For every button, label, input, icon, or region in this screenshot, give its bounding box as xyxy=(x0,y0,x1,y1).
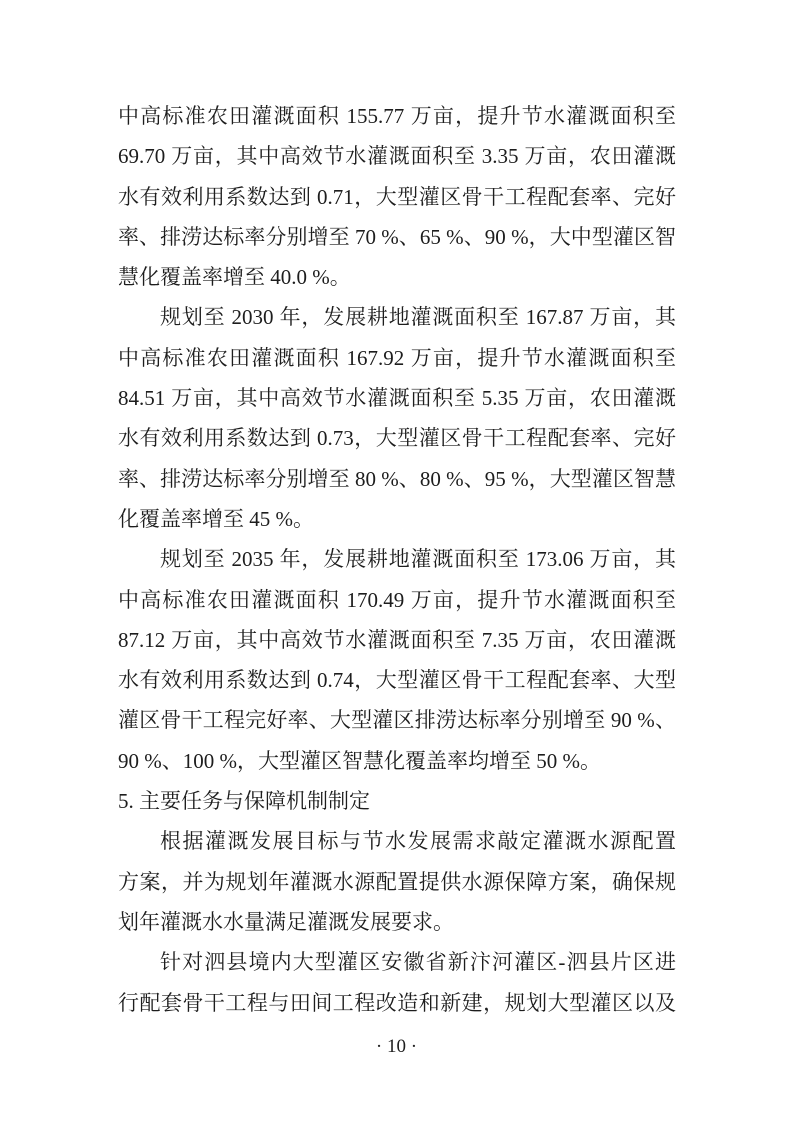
document-page: 中高标准农田灌溉面积 155.77 万亩，提升节水灌溉面积至 69.70 万亩，… xyxy=(0,0,793,1122)
text-line: 69.70 万亩，其中高效节水灌溉面积至 3.35 万亩，农田灌溉 xyxy=(118,136,676,176)
text-line: 水有效利用系数达到 0.74，大型灌区骨干工程配套率、大型 xyxy=(118,660,676,700)
text-line: 行配套骨干工程与田间工程改造和新建，规划大型灌区以及 xyxy=(118,983,676,1023)
text-line: 针对泗县境内大型灌区安徽省新汴河灌区-泗县片区进 xyxy=(118,942,676,982)
text-line: 化覆盖率增至 45 %。 xyxy=(118,499,676,539)
page-number: · 10 · xyxy=(0,1034,793,1060)
text-line: 方案，并为规划年灌溉水源配置提供水源保障方案，确保规 xyxy=(118,862,676,902)
page-body: 中高标准农田灌溉面积 155.77 万亩，提升节水灌溉面积至 69.70 万亩，… xyxy=(118,96,676,1023)
text-line: 率、排涝达标率分别增至 80 %、80 %、95 %，大型灌区智慧 xyxy=(118,459,676,499)
text-line: 灌区骨干工程完好率、大型灌区排涝达标率分别增至 90 %、 xyxy=(118,700,676,740)
text-line: 水有效利用系数达到 0.73，大型灌区骨干工程配套率、完好 xyxy=(118,418,676,458)
text-line: 根据灌溉发展目标与节水发展需求敲定灌溉水源配置 xyxy=(118,821,676,861)
text-line: 中高标准农田灌溉面积 167.92 万亩，提升节水灌溉面积至 xyxy=(118,338,676,378)
text-line: 率、排涝达标率分别增至 70 %、65 %、90 %，大中型灌区智 xyxy=(118,217,676,257)
text-line: 水有效利用系数达到 0.71，大型灌区骨干工程配套率、完好 xyxy=(118,177,676,217)
text-line: 中高标准农田灌溉面积 170.49 万亩，提升节水灌溉面积至 xyxy=(118,580,676,620)
text-line: 划年灌溉水水量满足灌溉发展要求。 xyxy=(118,902,676,942)
text-line: 慧化覆盖率增至 40.0 %。 xyxy=(118,257,676,297)
text-line: 84.51 万亩，其中高效节水灌溉面积至 5.35 万亩，农田灌溉 xyxy=(118,378,676,418)
text-line: 90 %、100 %，大型灌区智慧化覆盖率均增至 50 %。 xyxy=(118,741,676,781)
text-line: 规划至 2030 年，发展耕地灌溉面积至 167.87 万亩，其 xyxy=(118,297,676,337)
text-line: 规划至 2035 年，发展耕地灌溉面积至 173.06 万亩，其 xyxy=(118,539,676,579)
text-line: 中高标准农田灌溉面积 155.77 万亩，提升节水灌溉面积至 xyxy=(118,96,676,136)
section-heading: 5. 主要任务与保障机制制定 xyxy=(118,781,676,821)
text-line: 87.12 万亩，其中高效节水灌溉面积至 7.35 万亩，农田灌溉 xyxy=(118,620,676,660)
